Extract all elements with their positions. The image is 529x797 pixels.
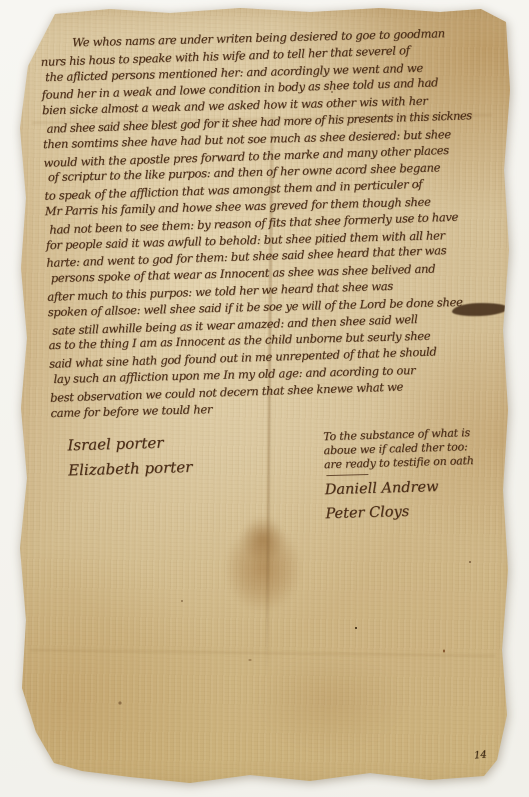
manuscript-line: for people said it was awfull to behold:… — [46, 225, 510, 253]
paper-sheet: We whos nams are under writen being desi… — [0, 0, 529, 797]
manuscript-line: Mr Parris his family and howe shee was g… — [45, 192, 509, 220]
paper-stain-faint — [255, 655, 405, 750]
scan-background: We whos nams are under writen being desi… — [0, 0, 529, 797]
manuscript-line: then somtims shee have had but not soe m… — [43, 125, 507, 153]
manuscript-line: to speak of the affliction that was amon… — [44, 173, 508, 205]
manuscript-line: persons spoke of that wear as Innocent a… — [51, 259, 511, 287]
manuscript-line: after much to this purpos: we told her w… — [47, 274, 511, 306]
attestation-underline — [326, 474, 368, 477]
manuscript-line: the aflicted persons mentioned her: and … — [45, 57, 505, 85]
paper-speckles — [0, 0, 529, 797]
attestation-block: To the substance of what is aboue we if … — [323, 426, 475, 527]
manuscript-line: harte: and went to god for them: but she… — [46, 240, 510, 272]
attestation-line: To the substance of what is — [323, 426, 473, 444]
manuscript-line: as to the thing I am as Innocent as the … — [48, 326, 512, 354]
manuscript-line: best observation we could not decern tha… — [50, 375, 514, 407]
paper-stain — [224, 524, 302, 612]
attestation-line: are ready to testifie on oath — [324, 454, 474, 472]
horizontal-crease-lower — [30, 649, 495, 657]
paper-stain-lobe — [241, 515, 285, 563]
signature-block-left: Israel porter Elizabeth porter — [67, 421, 516, 483]
manuscript-line: said what sine hath god found out in me … — [49, 341, 513, 373]
manuscript-line: bien sicke almost a weak and we asked ho… — [42, 91, 506, 119]
signature-israel-porter: Israel porter — [67, 421, 516, 458]
signature-peter-cloys: Peter Cloys — [325, 498, 475, 526]
manuscript-line: sate still awhille being as it wear amaz… — [52, 308, 512, 339]
manuscript-line: lay such an affliction upon me In my old… — [53, 360, 513, 388]
page-number-mark: 14 — [474, 750, 487, 762]
manuscript-line: came for before we tould her — [50, 393, 514, 421]
manuscript-line: of scriptur to the like purpos: and then… — [48, 158, 508, 186]
attestation-line: aboue we if caled ther too: — [324, 440, 474, 458]
ink-blot — [452, 302, 508, 317]
manuscript-page: We whos nams are under writen being desi… — [0, 0, 529, 797]
manuscript-line: had not been to see them: by reason of f… — [49, 207, 509, 238]
manuscript-line: spoken of allsoe: well shee said if it b… — [48, 292, 512, 320]
manuscript-line: nurs his hous to speake with his wife an… — [40, 39, 504, 71]
manuscript-line: found her in a weak and lowe condition i… — [41, 73, 505, 105]
manuscript-line: and shee said shee blest god for it shee… — [46, 106, 506, 137]
vertical-crease — [265, 82, 273, 682]
manuscript-line: would with the apostle pres forward to t… — [43, 140, 507, 172]
signature-elizabeth-porter: Elizabeth porter — [68, 446, 517, 483]
manuscript-text-block: We whos nams are under writen being desi… — [40, 23, 516, 484]
signature-daniel-andrew: Daniell Andrew — [324, 474, 474, 502]
horizontal-crease-upper — [32, 114, 492, 124]
manuscript-line: We whos nams are under writen being desi… — [72, 24, 504, 51]
manuscript-body: We whos nams are under writen being desi… — [40, 23, 515, 422]
